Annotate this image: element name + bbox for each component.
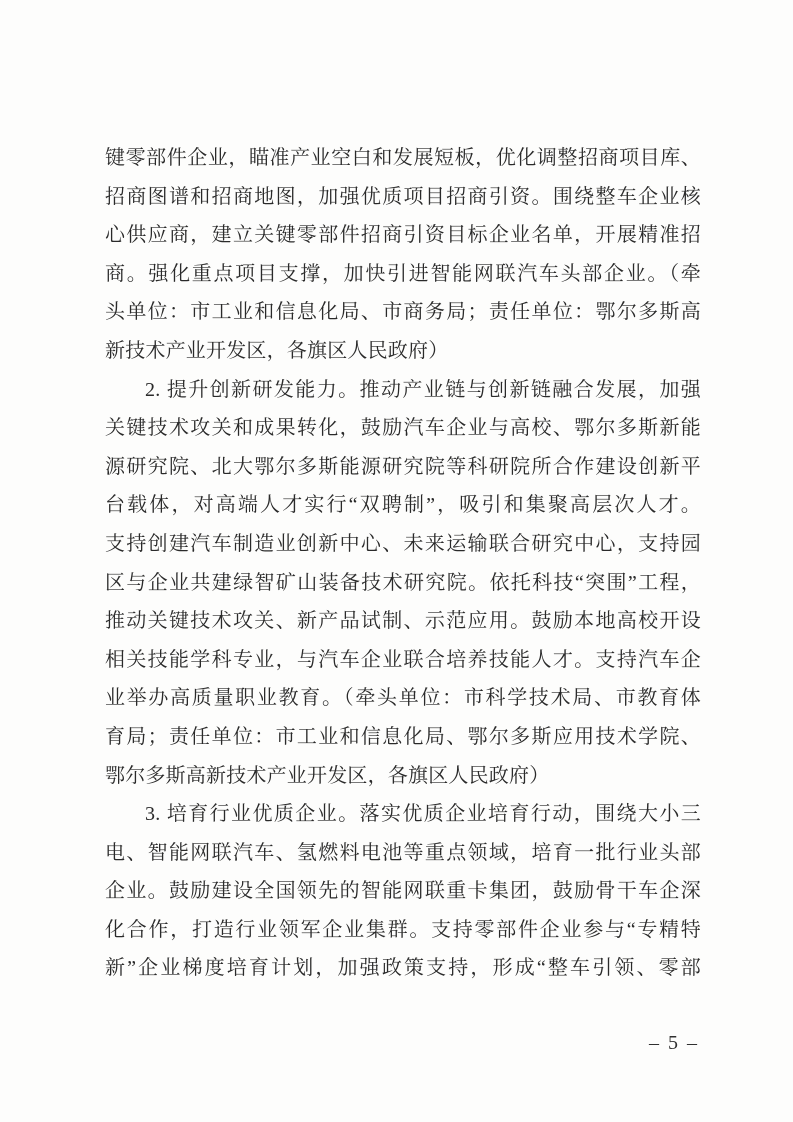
text-block: 键零部件企业，瞄准产业空白和发展短板，优化调整招商项目库、招商图谱和招商地图，加… <box>105 139 701 988</box>
text-line: 键零部件企业，瞄准产业空白和发展短板，优化调整招商项目库、 <box>105 139 701 178</box>
text-line: 头单位：市工业和信息化局、市商务局；责任单位：鄂尔多斯高 <box>105 293 701 332</box>
text-line: 2. 提升创新研发能力。推动产业链与创新链融合发展，加强 <box>105 371 701 410</box>
text-line: 鄂尔多斯高新技术产业开发区，各旗区人民政府） <box>105 757 701 796</box>
text-line: 台载体，对高端人才实行“双聘制”，吸引和集聚高层次人才。 <box>105 486 701 525</box>
text-line: 关键技术攻关和成果转化，鼓励汽车企业与高校、鄂尔多斯新能 <box>105 409 701 448</box>
text-line: 3. 培育行业优质企业。落实优质企业培育行动，围绕大小三 <box>105 795 701 834</box>
text-line: 支持创建汽车制造业创新中心、未来运输联合研究中心，支持园 <box>105 525 701 564</box>
text-line: 新技术产业开发区，各旗区人民政府） <box>105 332 701 371</box>
document-page: 键零部件企业，瞄准产业空白和发展短板，优化调整招商项目库、招商图谱和招商地图，加… <box>0 0 793 1122</box>
text-line: 相关技能学科专业，与汽车企业联合培养技能人才。支持汽车企 <box>105 641 701 680</box>
text-line: 电、智能网联汽车、氢燃料电池等重点领域，培育一批行业头部 <box>105 834 701 873</box>
text-line: 育局；责任单位：市工业和信息化局、鄂尔多斯应用技术学院、 <box>105 718 701 757</box>
text-line: 化合作，打造行业领军企业集群。支持零部件企业参与“专精特 <box>105 911 701 950</box>
text-line: 业举办高质量职业教育。（牵头单位：市科学技术局、市教育体 <box>105 679 701 718</box>
page-number: – 5 – <box>649 1030 699 1056</box>
text-line: 新”企业梯度培育计划，加强政策支持，形成“整车引领、零部 <box>105 949 701 988</box>
text-line: 源研究院、北大鄂尔多斯能源研究院等科研院所合作建设创新平 <box>105 448 701 487</box>
paragraph-item-2: 2. 提升创新研发能力。推动产业链与创新链融合发展，加强关键技术攻关和成果转化，… <box>105 371 701 796</box>
text-line: 招商图谱和招商地图，加强优质项目招商引资。围绕整车企业核 <box>105 178 701 217</box>
paragraph-item-3: 3. 培育行业优质企业。落实优质企业培育行动，围绕大小三电、智能网联汽车、氢燃料… <box>105 795 701 988</box>
text-line: 心供应商，建立关键零部件招商引资目标企业名单，开展精准招 <box>105 216 701 255</box>
text-line: 推动关键技术攻关、新产品试制、示范应用。鼓励本地高校开设 <box>105 602 701 641</box>
text-line: 商。强化重点项目支撑，加快引进智能网联汽车头部企业。（牵 <box>105 255 701 294</box>
text-line: 企业。鼓励建设全国领先的智能网联重卡集团，鼓励骨干车企深 <box>105 872 701 911</box>
text-line: 区与企业共建绿智矿山装备技术研究院。依托科技“突围”工程， <box>105 564 701 603</box>
paragraph-continuation-1: 键零部件企业，瞄准产业空白和发展短板，优化调整招商项目库、招商图谱和招商地图，加… <box>105 139 701 371</box>
